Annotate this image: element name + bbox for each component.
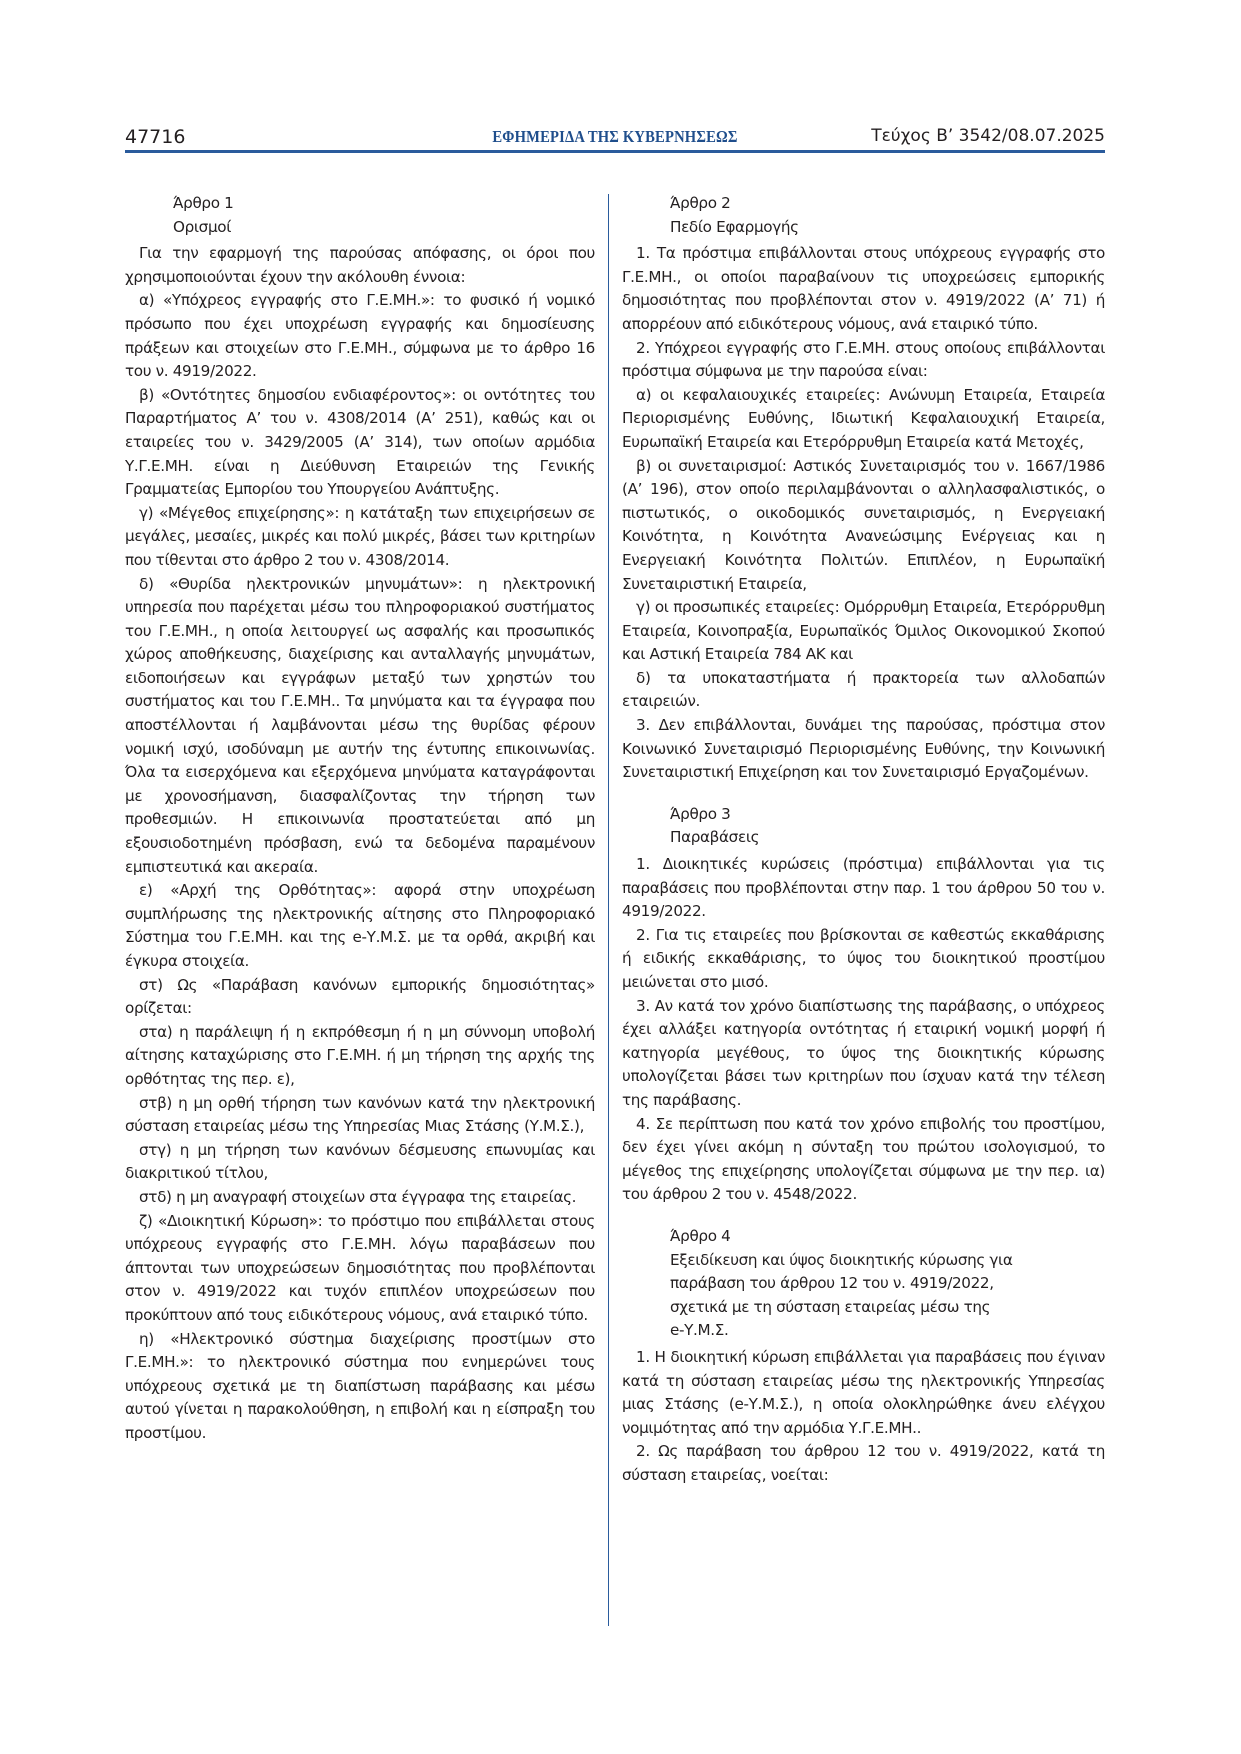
paragraph: 4. Σε περίπτωση που κατά τον χρόνο επιβο… xyxy=(622,1113,1105,1207)
article-title: Παραβάσεις xyxy=(670,826,1105,850)
spacer xyxy=(622,785,1105,803)
paragraph: 2. Ως παράβαση του άρθρου 12 του ν. 4919… xyxy=(622,1440,1105,1487)
spacer xyxy=(622,1207,1105,1225)
article-2-heading: Άρθρο 2 Πεδίο Εφαρμογής xyxy=(622,192,1105,239)
paragraph: γ) οι προσωπικές εταιρείες: Ομόρρυθμη Ετ… xyxy=(622,596,1105,667)
paragraph: στα) η παράλειψη ή η εκπρόθεσμη ή η μη σ… xyxy=(125,1021,595,1092)
article-number: Άρθρο 3 xyxy=(670,803,1105,827)
page-number: 47716 xyxy=(125,126,185,148)
paragraph: 1. Διοικητικές κυρώσεις (πρόστιμα) επιβά… xyxy=(622,853,1105,924)
article-1-heading: Άρθρο 1 Ορισμοί xyxy=(125,192,595,239)
article-number: Άρθρο 1 xyxy=(173,192,595,216)
left-column: Άρθρο 1 Ορισμοί Για την εφαρμογή της παρ… xyxy=(125,192,595,1445)
paragraph: δ) «Θυρίδα ηλεκτρονικών μηνυμάτων»: η ηλ… xyxy=(125,573,595,880)
article-title-line: e-Υ.Μ.Σ. xyxy=(670,1319,1105,1343)
paragraph: στδ) η μη αναγραφή στοιχείων στα έγγραφα… xyxy=(125,1186,595,1210)
paragraph: 2. Για τις εταιρείες που βρίσκονται σε κ… xyxy=(622,924,1105,995)
article-title-line: Εξειδίκευση και ύψος διοικητικής κύρωσης… xyxy=(670,1249,1105,1273)
paragraph: 2. Υπόχρεοι εγγραφής στο Γ.Ε.ΜΗ. στους ο… xyxy=(622,337,1105,384)
column-divider xyxy=(608,194,609,1626)
issue-reference: Τεύχος Β’ 3542/08.07.2025 xyxy=(871,126,1105,146)
article-number: Άρθρο 2 xyxy=(670,192,1105,216)
paragraph: στγ) η μη τήρηση των κανόνων δέσμευσης ε… xyxy=(125,1139,595,1186)
paragraph: 1. Η διοικητική κύρωση επιβάλλεται για π… xyxy=(622,1346,1105,1440)
paragraph: δ) τα υποκαταστήματα ή πρακτορεία των αλ… xyxy=(622,667,1105,714)
paragraph: η) «Ηλεκτρονικό σύστημα διαχείρισης προσ… xyxy=(125,1328,595,1446)
paragraph: 1. Τα πρόστιμα επιβάλλονται στους υπόχρε… xyxy=(622,242,1105,336)
article-title: Πεδίο Εφαρμογής xyxy=(670,216,1105,240)
paragraph: α) οι κεφαλαιουχικές εταιρείες: Ανώνυμη … xyxy=(622,384,1105,455)
header-rule xyxy=(125,150,1105,153)
article-title: Ορισμοί xyxy=(173,216,595,240)
paragraph: 3. Δεν επιβάλλονται, δυνάμει της παρούσα… xyxy=(622,714,1105,785)
paragraph: β) οι συνεταιρισμοί: Αστικός Συνεταιρισμ… xyxy=(622,455,1105,597)
article-title-line: σχετικά με τη σύσταση εταιρείας μέσω της xyxy=(670,1296,1105,1320)
article-number: Άρθρο 4 xyxy=(670,1225,1105,1249)
article-4-heading: Άρθρο 4 Εξειδίκευση και ύψος διοικητικής… xyxy=(622,1225,1105,1343)
paragraph: β) «Οντότητες δημοσίου ενδιαφέροντος»: ο… xyxy=(125,384,595,502)
article-3-heading: Άρθρο 3 Παραβάσεις xyxy=(622,803,1105,850)
paragraph: ζ) «Διοικητική Κύρωση»: το πρόστιμο που … xyxy=(125,1210,595,1328)
paragraph: Για την εφαρμογή της παρούσας απόφασης, … xyxy=(125,242,595,289)
paragraph: στβ) η μη ορθή τήρηση των κανόνων κατά τ… xyxy=(125,1092,595,1139)
paragraph: γ) «Μέγεθος επιχείρησης»: η κατάταξη των… xyxy=(125,502,595,573)
paragraph: 3. Αν κατά τον χρόνο διαπίστωσης της παρ… xyxy=(622,995,1105,1113)
paragraph: α) «Υπόχρεος εγγραφής στο Γ.Ε.ΜΗ.»: το φ… xyxy=(125,289,595,383)
right-column: Άρθρο 2 Πεδίο Εφαρμογής 1. Τα πρόστιμα ε… xyxy=(622,192,1105,1487)
paragraph: στ) Ως «Παράβαση κανόνων εμπορικής δημοσ… xyxy=(125,974,595,1021)
article-title-line: παράβαση του άρθρου 12 του ν. 4919/2022, xyxy=(670,1272,1105,1296)
paragraph: ε) «Αρχή της Ορθότητας»: αφορά στην υποχ… xyxy=(125,879,595,973)
